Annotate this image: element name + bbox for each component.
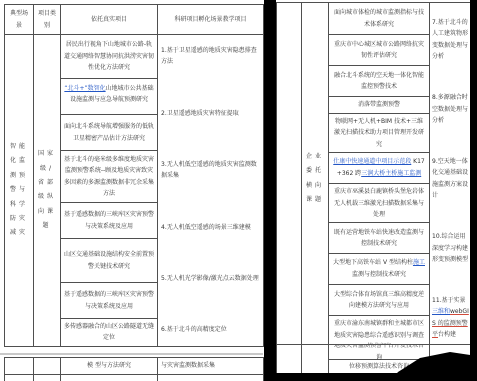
page-break-line xyxy=(0,353,263,355)
incubation-item: 7.基于北斗的人工建筑物形变数据处理与分析 xyxy=(432,17,469,63)
empty-scene-cell xyxy=(277,3,302,355)
header-scene: 典型场景 xyxy=(5,5,34,35)
empty-cell xyxy=(158,375,263,381)
scene-label: 智能化监测预警与科学防灾减灾 xyxy=(5,35,34,346)
scan-artifact xyxy=(390,350,477,381)
project-link[interactable]: “北斗+”数智化 xyxy=(64,85,105,92)
project-link[interactable]: 仕康中快速通道中项目示范段 xyxy=(333,158,411,165)
project-cell: 仕康中快速通道中项目示范段 K17+362 跨三涧大桥主桥施工监测 xyxy=(329,153,430,184)
project-text: 监测与控制技术研究 xyxy=(352,271,406,278)
item-link[interactable]: 三维和 xyxy=(432,308,450,315)
project-cell: 融合北斗系统的空天地一体化智能监控预警技术 xyxy=(329,66,430,97)
incubation-item: 3.无人机低空遥感的地质灾害监测数据采集 xyxy=(161,159,260,182)
project-cell: 重庆市中心城区城市公路网络抗灾韧性评估研究 xyxy=(329,35,430,66)
incubation-items-cell: 1.基于卫星遥感的地质灾害隐患排查方法 2.卫星遥感地质灾害特征提取 3.无人机… xyxy=(158,35,263,346)
project-cell: 多传感器融合的山区公路隧道无缝定位 xyxy=(61,319,158,346)
incubation-item: 9.空天地一体化交通基础设施监测方案设计 xyxy=(432,156,469,202)
incubation-item: 8.多源融合时空数据处理与分析 xyxy=(432,92,469,126)
project-cell: 既有运营地铁车站快速改造监测与控制技术研究 xyxy=(329,223,430,254)
project-cell: 基于遥感数据的三峡库区灾害预警与决策系统及应用 xyxy=(61,203,158,239)
empty-cell xyxy=(5,358,34,375)
project-cell: 大型综合体育场馆真三维高精度逆向建模方法研究与应用 xyxy=(329,285,430,316)
header-incubation: 科研项目孵化场景教学项目 xyxy=(158,5,263,35)
item-text: 台构建 xyxy=(438,331,456,338)
project-cell: 消落带监测预警 xyxy=(329,97,430,114)
project-link[interactable]: 施工 xyxy=(413,259,425,266)
page-gutter xyxy=(264,0,276,381)
project-cell: 物联网+无人机+BIM 技术+三维激光扫描技术助力项目管理开发研究 xyxy=(329,114,430,153)
continuation-item-cell: 与灾害监测数据采集 xyxy=(158,358,263,375)
empty-cell xyxy=(5,375,34,381)
incubation-item: 4.无人机低空遥感的场景三维建模 xyxy=(161,222,251,233)
incubation-item: 2.卫星遥感地质灾害特征提取 xyxy=(161,108,239,119)
empty-cell xyxy=(302,345,329,374)
incubation-item: 10.综合运用深度学习构建形变预测模型 xyxy=(432,231,469,265)
empty-cell xyxy=(277,345,302,374)
empty-cell xyxy=(34,358,61,375)
project-cell: 面向北斗系统导航增强服务的低轨卫星精密产品估计方法研究 xyxy=(61,115,158,151)
page-edge-right xyxy=(470,0,477,381)
project-cell: 重庆市巫溪县白鹿镇桥头堡危岩体无人机载三维激光扫描数据采集与处理 xyxy=(329,184,430,223)
category-label: 企业委托横向课题 xyxy=(302,3,329,355)
incubation-item: 5.无人机光学影像/激光点云数据处理 xyxy=(161,273,259,284)
project-cell: 基于北斗的毫米级多维度地质灾害监测预警系统--顾及地质灾害致灾多因素的多源监测数… xyxy=(61,151,158,203)
header-real-project: 依托真实项目 xyxy=(61,5,158,35)
project-cell: 山区交通基础设施结构安全前置预警关键技术研究 xyxy=(61,239,158,283)
project-link[interactable]: 三涧大桥主桥施工监测 xyxy=(361,170,421,177)
project-cell: 大型地下高铁车站 V 型结构柱施工监测与控制技术研究 xyxy=(329,254,430,285)
document-page: { "left_table": { "header": { "scene": "… xyxy=(0,0,477,381)
project-cell: 居民出行视角下山地城市公路-轨道交通网络智慧协同抗洪涝灾害韧性优化方法研究 xyxy=(61,35,158,79)
empty-cell xyxy=(61,375,158,381)
project-cell: 面向城市体检的城市监测指标与技术体系研究 xyxy=(329,3,430,35)
project-cell: 基于遥感数据的三峡库区灾害预警与决策系统及应用 xyxy=(61,283,158,319)
incubation-item: 1.基于卫星遥感的地质灾害隐患排查方法 xyxy=(161,45,260,68)
right-table: 企业委托横向课题 面向城市体检的城市监测指标与技术体系研究 重庆市中心城区城市公… xyxy=(276,2,472,356)
header-category: 项目类别 xyxy=(34,5,61,35)
incubation-items-cell: 7.基于北斗的人工建筑物形变数据处理与分析 8.多源融合时空数据处理与分析 9.… xyxy=(430,3,471,355)
project-text: 大型地下高铁车站 V 型结构柱 xyxy=(333,259,413,266)
item-text: 11.基于实景 xyxy=(432,297,466,304)
empty-cell xyxy=(34,375,61,381)
left-table: 典型场景 项目类别 依托真实项目 科研项目孵化场景教学项目 智能化监测预警与科学… xyxy=(4,4,264,347)
incubation-item: 11.基于实景三维和webGIS 的监测预警平台构建 xyxy=(432,295,469,341)
continuation-project-cell: 模 型与方法研究 xyxy=(61,358,158,375)
category-label: 国家级/省部级纵向课题 xyxy=(34,35,61,346)
project-cell: “北斗+”数智化山地城市公共基础设施监测与应急导航预测研究 xyxy=(61,79,158,115)
left-continuation-table: 模 型与方法研究 与灾害监测数据采集 xyxy=(4,357,264,381)
incubation-item: 6.基于北斗的高精度定位 xyxy=(161,324,227,335)
